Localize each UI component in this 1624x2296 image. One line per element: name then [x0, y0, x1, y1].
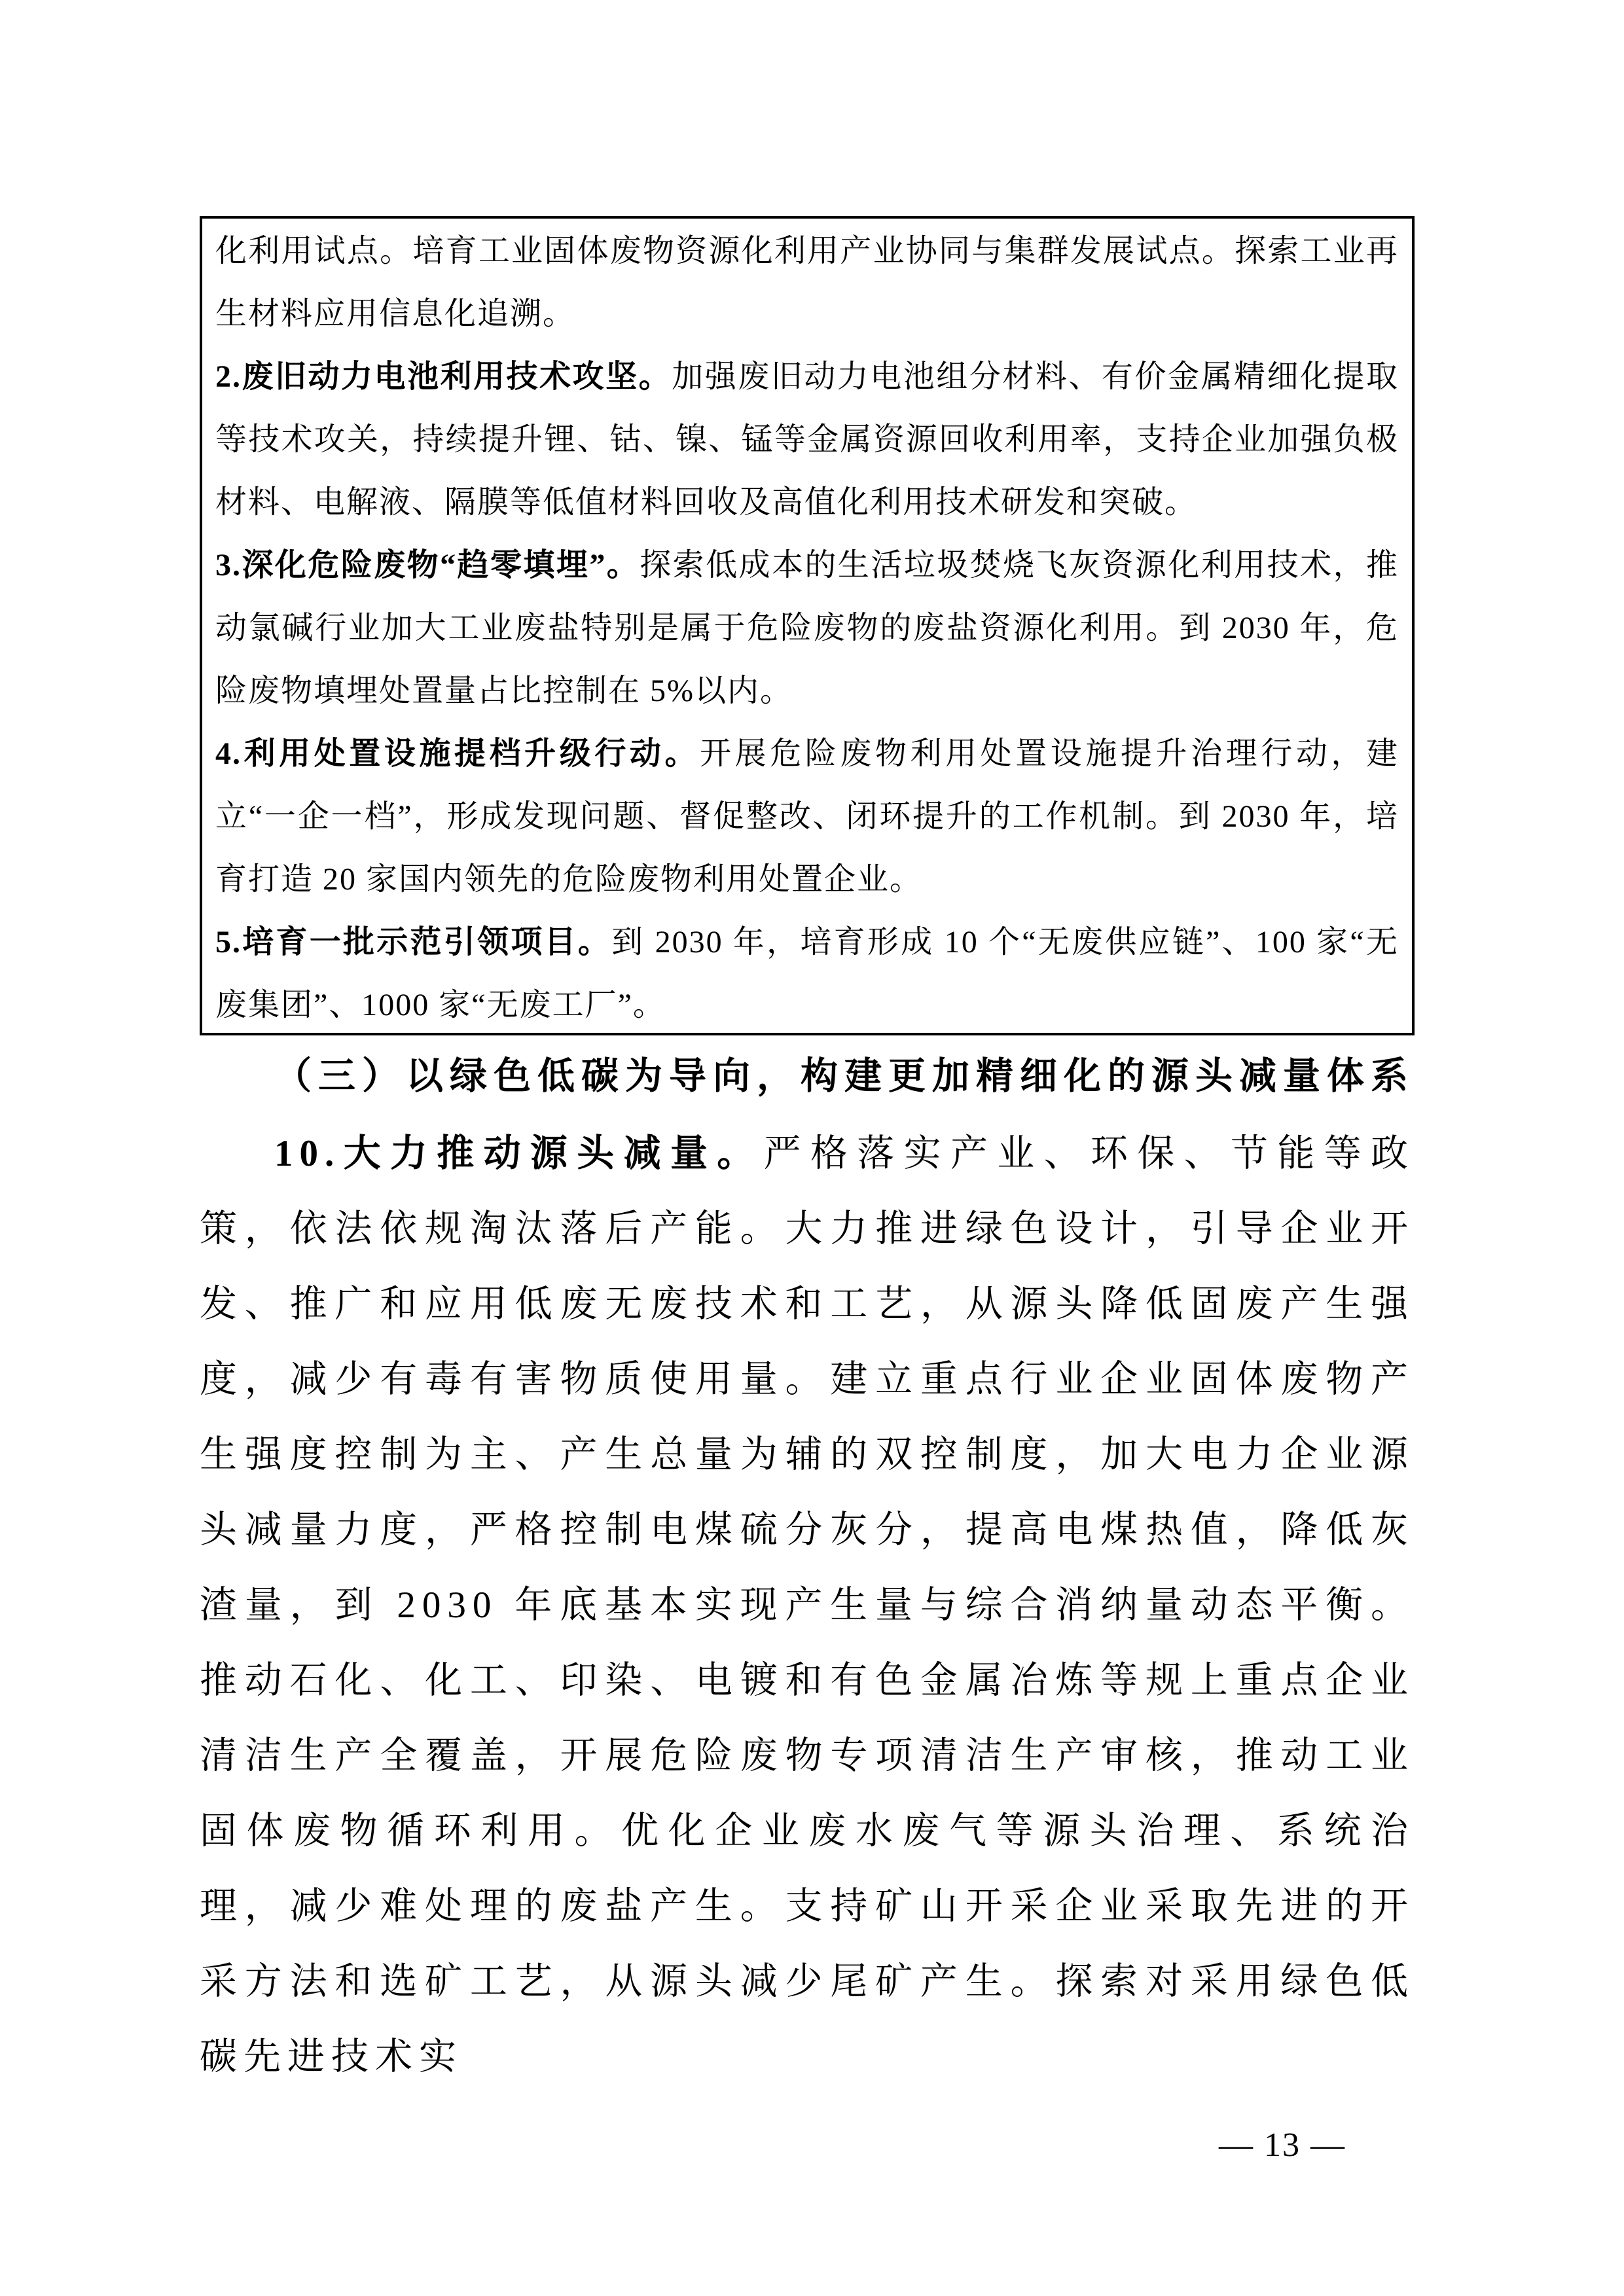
paragraph-lead: 10.大力推动源头减量。 [274, 1133, 764, 1174]
page-number: — 13 — [1219, 2126, 1346, 2164]
box-paragraph-item-3: 3.深化危险废物“趋零填埋”。探索低成本的生活垃圾焚烧飞灰资源化利用技术，推动氯… [215, 534, 1399, 723]
document-page: 化利用试点。培育工业固体废物资源化利用产业协同与集群发展试点。探索工业再生材料应… [0, 0, 1624, 2296]
paragraph-lead: 2.废旧动力电池利用技术攻坚。 [215, 359, 672, 394]
box-paragraph-item-4: 4.利用处置设施提档升级行动。开展危险废物利用处置设施提升治理行动，建立“一企一… [215, 723, 1399, 911]
paragraph-text: 化利用试点。培育工业固体废物资源化利用产业协同与集群发展试点。探索工业再生材料应… [215, 234, 1399, 331]
paragraph-text: 严格落实产业、环保、节能等政策，依法依规淘汰落后产能。大力推进绿色设计，引导企业… [200, 1133, 1415, 2077]
box-paragraph-continuation: 化利用试点。培育工业固体废物资源化利用产业协同与集群发展试点。探索工业再生材料应… [215, 220, 1399, 346]
paragraph-lead: 5.培育一批示范引领项目。 [215, 925, 611, 960]
paragraph-10: 10.大力推动源头减量。严格落实产业、环保、节能等政策，依法依规淘汰落后产能。大… [200, 1116, 1415, 2094]
policy-items-box: 化利用试点。培育工业固体废物资源化利用产业协同与集群发展试点。探索工业再生材料应… [200, 216, 1415, 1035]
main-text-block: （三）以绿色低碳为导向，构建更加精细化的源头减量体系 10.大力推动源头减量。严… [200, 1037, 1415, 2094]
paragraph-lead: 3.深化危险废物“趋零填埋”。 [215, 548, 640, 583]
section-heading: （三）以绿色低碳为导向，构建更加精细化的源头减量体系 [200, 1037, 1415, 1116]
box-paragraph-item-5: 5.培育一批示范引领项目。到 2030 年，培育形成 10 个“无废供应链”、1… [215, 911, 1399, 1035]
paragraph-lead: 4.利用处置设施提档升级行动。 [215, 736, 700, 771]
box-paragraph-item-2: 2.废旧动力电池利用技术攻坚。加强废旧动力电池组分材料、有价金属精细化提取等技术… [215, 346, 1399, 534]
